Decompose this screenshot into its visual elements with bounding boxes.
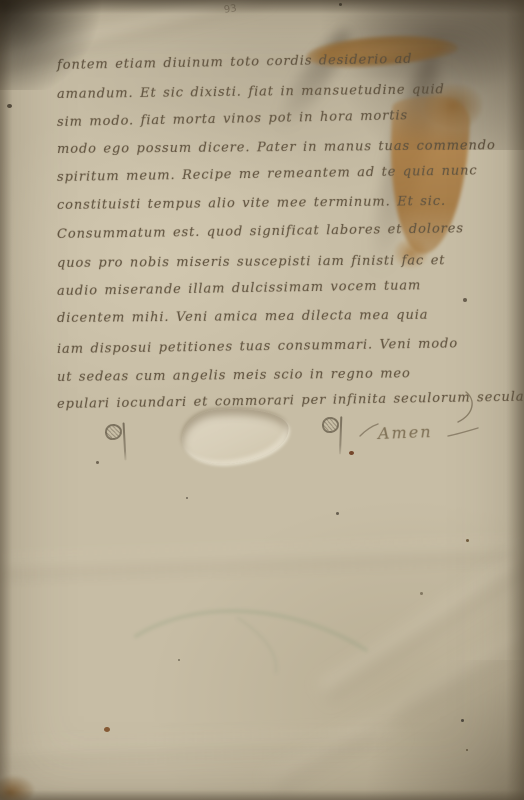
manuscript-page: 93 fontem etiam diuinum toto cordis desi… — [0, 0, 524, 800]
dark-corner — [0, 0, 110, 90]
glue-stain — [305, 31, 459, 72]
ink-speck — [178, 659, 180, 661]
text-line: fontem etiam diuinum toto cordis desider… — [57, 52, 413, 73]
ink-speck — [466, 539, 469, 542]
ink-speck — [463, 298, 467, 302]
ink-speck — [104, 727, 110, 732]
text-line: sim modo. fiat morta vinos pot in hora m… — [57, 108, 408, 130]
ink-flourish — [330, 384, 510, 464]
ink-speck — [336, 512, 339, 515]
page-edge-shadow — [0, 790, 524, 800]
parchment-crease — [0, 0, 269, 80]
ink-speck — [349, 451, 354, 455]
parchment-hole — [180, 403, 291, 467]
text-line: quos pro nobis miseris suscepisti iam fi… — [57, 253, 446, 271]
amen-text: Amen — [378, 422, 433, 443]
text-line: amandum. Et sic dixisti. fiat in mansuet… — [57, 82, 445, 102]
text-line: constituisti tempus alio vite mee termin… — [57, 194, 446, 213]
folio-number: 93 — [223, 3, 237, 16]
dark-streak — [361, 47, 450, 278]
ink-speck — [186, 497, 188, 499]
text-line: dicentem mihi. Veni amica mea dilecta me… — [57, 308, 429, 326]
text-block: 93 fontem etiam diuinum toto cordis desi… — [0, 0, 524, 800]
ink-speck — [339, 3, 342, 6]
ink-speck — [461, 719, 464, 722]
ink-speck — [7, 104, 12, 108]
page-edge-shadow — [0, 0, 524, 14]
ink-speck — [420, 592, 423, 595]
vignette — [0, 0, 524, 800]
green-smear — [118, 588, 388, 678]
dark-corner — [364, 660, 524, 800]
text-line: Consummatum est. quod significat labores… — [57, 221, 464, 242]
parchment-crease — [318, 520, 524, 702]
page-edge-shadow — [0, 0, 12, 800]
parchment-crease — [268, 606, 524, 793]
dark-streak — [268, 23, 358, 136]
text-line: iam disposui petitiones tuas consummari.… — [57, 336, 458, 357]
ink-speck — [466, 749, 468, 751]
text-line: epulari iocundari et commorari per infin… — [57, 390, 524, 412]
soot-smudge — [280, 0, 524, 160]
dark-corner — [294, 0, 524, 150]
text-line: audio miserande illam dulcissimam vocem … — [57, 278, 421, 299]
text-line: modo ego possum dicere. Pater in manus t… — [57, 138, 496, 157]
text-line: spiritum meum. Recipe me remeantem ad te… — [57, 163, 478, 185]
glue-stain — [394, 238, 428, 268]
parchment-crease — [0, 729, 400, 767]
paragraph-mark-icon — [105, 424, 123, 441]
parchment-crease — [0, 539, 524, 579]
paragraph-mark-icon — [322, 417, 340, 434]
glue-stain — [387, 95, 470, 256]
text-line: ut sedeas cum angelis meis scio in regno… — [57, 366, 411, 385]
glue-stain — [424, 84, 482, 128]
page-edge-shadow — [506, 0, 524, 800]
glue-stain — [0, 776, 34, 800]
ink-speck — [96, 461, 99, 464]
